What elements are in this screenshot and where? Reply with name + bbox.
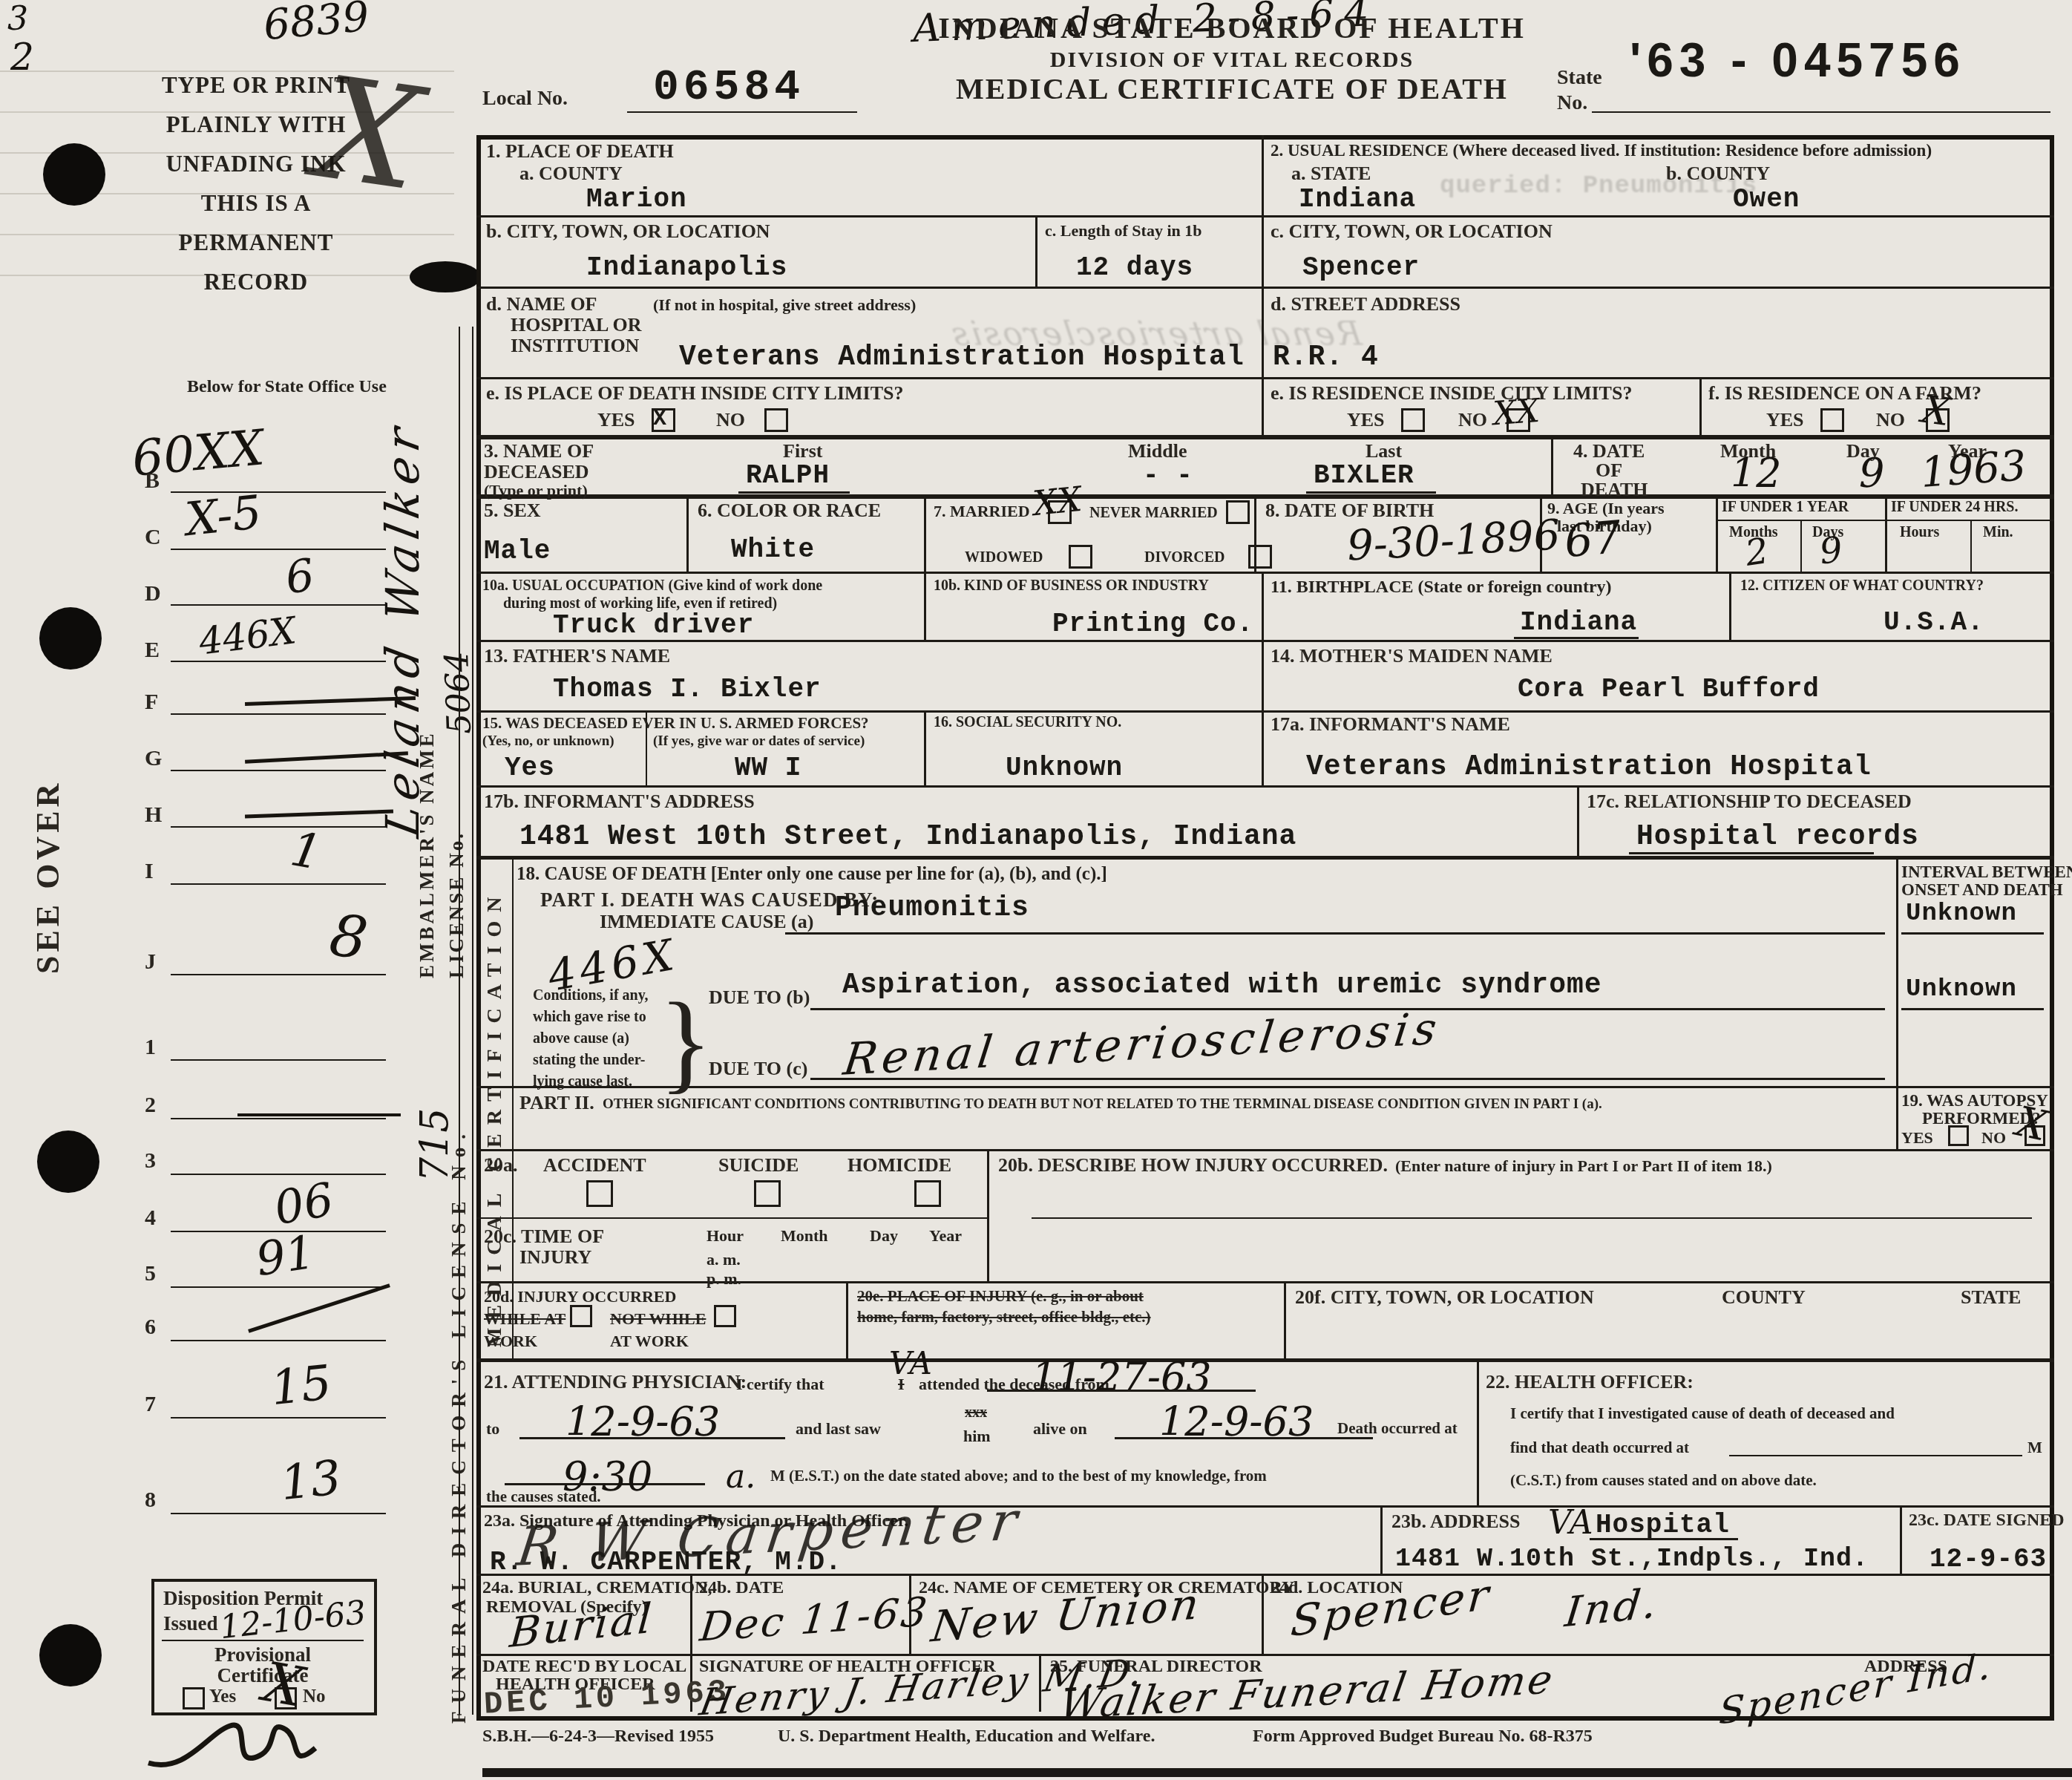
s3-label-2: DECEASED — [484, 462, 589, 482]
s20b-note: (Enter nature of injury in Part I or Par… — [1395, 1156, 1772, 1176]
s10b-label: 10b. KIND OF BUSINESS OR INDUSTRY — [934, 577, 1209, 595]
local-no-label: Local No. — [482, 88, 568, 109]
row-label-7: 7 — [145, 1393, 156, 1416]
s22-text-2m: M — [2027, 1439, 2042, 1457]
s3-middle-header: Middle — [1128, 441, 1187, 461]
row-line — [171, 549, 386, 550]
s17a-value: Veterans Administration Hospital — [1306, 751, 1872, 783]
s18-interval-header-2: ONSET AND DEATH — [1901, 880, 2063, 900]
s1d-label-2: HOSPITAL OR — [511, 315, 642, 335]
row-line — [171, 1059, 386, 1061]
s20c-pm: p. m. — [706, 1269, 741, 1289]
s2b-label: b. COUNTY — [1666, 163, 1770, 183]
underline — [1306, 491, 1436, 494]
row-line — [171, 1286, 386, 1288]
scan-edge-band — [482, 1768, 2072, 1777]
s23c-label: 23c. DATE SIGNED — [1909, 1511, 2065, 1530]
s17b-label: 17b. INFORMANT'S ADDRESS — [484, 791, 755, 811]
s20c-label-1: 20c. TIME OF — [484, 1226, 604, 1246]
s1d-label-1: d. NAME OF — [486, 294, 597, 314]
s20c-month-header: Month — [781, 1226, 828, 1246]
divider — [924, 494, 926, 572]
s18-cond-1: Conditions, if any, — [533, 987, 649, 1004]
s1e-label: e. IS PLACE OF DEATH INSIDE CITY LIMITS? — [486, 383, 903, 403]
underline — [1590, 1538, 1738, 1540]
divider — [1729, 572, 1731, 640]
s7-never-checkbox — [1226, 500, 1250, 524]
underline — [1514, 637, 1639, 639]
s3-label-3: (Type or print) — [484, 481, 588, 500]
s20d-label: 20d. INJURY OCCURRED — [484, 1287, 676, 1306]
disposition-issued-label: Issued — [163, 1613, 218, 1634]
row-line — [171, 1513, 386, 1514]
punch-hole — [39, 607, 102, 670]
s1e-yes-label: YES — [597, 410, 635, 430]
footer-department: U. S. Department Health, Education and W… — [778, 1727, 1155, 1747]
s4-day-value: 9 — [1859, 450, 1884, 497]
s20f-county-label: COUNTY — [1722, 1287, 1806, 1307]
s4-label-3: DEATH — [1581, 480, 1648, 500]
s2e-yes-checkbox — [1401, 408, 1425, 432]
divider — [686, 494, 689, 572]
divider — [1551, 435, 1553, 494]
s4-label-1: 4. DATE — [1573, 441, 1645, 461]
divider — [1896, 860, 1898, 1149]
s1a-label: a. COUNTY — [519, 163, 623, 183]
s7-married-mark: XX — [1031, 479, 1083, 524]
divider — [1262, 572, 1264, 640]
divider — [1885, 494, 1887, 572]
footer-form-number: S.B.H.—6-24-3—Revised 1955 — [482, 1727, 714, 1747]
row-value-I: 1 — [286, 822, 326, 881]
s20a-accident-checkbox — [586, 1180, 613, 1207]
divider — [512, 860, 514, 1358]
s15-label-1: 15. WAS DECEASED EVER IN U. S. ARMED FOR… — [482, 714, 869, 733]
s23a-signature-typed: R. W. CARPENTER, M.D. — [490, 1547, 842, 1577]
s7-widowed-checkbox — [1069, 545, 1092, 569]
s2a-value: Indiana — [1299, 184, 1416, 215]
divider — [476, 785, 2054, 788]
s18-cond-3: above cause (a) — [533, 1030, 629, 1047]
s21-ampm: a. — [726, 1458, 755, 1496]
s2c-label: c. CITY, TOWN, OR LOCATION — [1271, 221, 1553, 241]
row-label-J: J — [145, 950, 156, 974]
s23b-value-1: Hospital — [1596, 1510, 1730, 1540]
s7-widowed-label: WIDOWED — [965, 549, 1043, 566]
s10a-value: Truck driver — [553, 610, 754, 641]
s16-label: 16. SOCIAL SECURITY NO. — [934, 714, 1121, 731]
row-value-D: 6 — [282, 549, 318, 605]
s9-value: 67 — [1562, 511, 1623, 568]
disposition-permit-box: Disposition Permit Issued 12-10-63 Provi… — [151, 1579, 377, 1715]
underline — [1115, 1437, 1373, 1439]
answer-line-20b — [1032, 1217, 2032, 1219]
row-value-J: 8 — [326, 902, 372, 973]
s20a-accident-label: ACCIDENT — [543, 1155, 646, 1175]
death-certificate-scan: 3 2 6839 TYPE OR PRINT PLAINLY WITH UNFA… — [0, 0, 2072, 1780]
s2c-value: Spencer — [1302, 252, 1420, 283]
divider — [1716, 494, 1718, 572]
row-label-F: F — [145, 690, 158, 714]
margin-rule — [472, 327, 473, 1715]
disposition-certificate: Certificate — [154, 1665, 371, 1686]
s18-cond-4: stating the under- — [533, 1052, 645, 1069]
ink-scrawl — [141, 1704, 349, 1778]
s21-saw-label: and last saw — [796, 1419, 881, 1439]
divider — [476, 215, 2054, 217]
s18-part1: PART I. DEATH WAS CAUSED BY: — [540, 889, 879, 910]
s17c-label: 17c. RELATIONSHIP TO DECEASED — [1587, 791, 1912, 811]
s4-year-value: 1963 — [1919, 442, 2028, 497]
s6-label: 6. COLOR OR RACE — [698, 500, 881, 520]
s18-part2-label: PART II. — [519, 1093, 594, 1113]
s9-min-header: Min. — [1983, 524, 2013, 541]
s2e-no-mark: XX — [1492, 392, 1541, 433]
s2e-no-label: NO — [1458, 410, 1487, 430]
s2a-label: a. STATE — [1291, 163, 1371, 183]
s20d-atwork-label: AT WORK — [610, 1332, 689, 1351]
s18-brace: } — [659, 978, 712, 1106]
s7-married-label: 7. MARRIED — [934, 502, 1030, 521]
divider — [476, 1149, 2054, 1151]
line — [627, 111, 857, 113]
row-label-I: I — [145, 860, 154, 883]
s3-first-header: First — [783, 441, 822, 461]
s19-yes-label: YES — [1901, 1128, 1933, 1148]
stamp-line: RECORD — [111, 262, 401, 301]
divider — [1262, 710, 1264, 785]
s24d-value-2: Ind. — [1562, 1580, 1661, 1637]
s18-header: 18. CAUSE OF DEATH [Enter only one cause… — [517, 864, 1107, 885]
s20a-suicide-label: SUICIDE — [718, 1155, 799, 1175]
s2d-label: d. STREET ADDRESS — [1271, 294, 1460, 314]
s3-last-value: BIXLER — [1314, 460, 1414, 491]
s21-cert-1: I certify that — [736, 1375, 824, 1394]
divider — [1477, 1358, 1479, 1505]
s7-divorced-label: DIVORCED — [1144, 549, 1225, 566]
divider — [1900, 1505, 1902, 1574]
row-label-8: 8 — [145, 1488, 156, 1512]
s14-label: 14. MOTHER'S MAIDEN NAME — [1271, 646, 1553, 666]
row-line — [171, 826, 386, 828]
underline — [785, 932, 1885, 935]
s20e-label-1: 20e. PLACE OF INJURY (e. g., in or about — [857, 1287, 1144, 1306]
funeral-director-license-value: 715 — [413, 1108, 457, 1182]
s7-never-label: NEVER MARRIED — [1089, 505, 1218, 522]
divider — [476, 287, 2054, 289]
row-label-1: 1 — [145, 1035, 156, 1059]
s1-title: 1. PLACE OF DEATH — [486, 141, 674, 161]
row-line — [171, 1340, 386, 1341]
s20d-while-checkbox — [570, 1305, 592, 1327]
s3-last-header: Last — [1366, 441, 1402, 461]
s1e-no-checkbox — [764, 408, 788, 432]
s7-divorced-checkbox — [1248, 545, 1272, 569]
divider — [1970, 520, 1972, 572]
s5-value: Male — [484, 536, 551, 566]
s17a-label: 17a. INFORMANT'S NAME — [1271, 714, 1510, 734]
s2f-yes-checkbox — [1820, 408, 1844, 432]
underline — [1729, 1455, 2022, 1456]
row-value-E: 446X — [197, 609, 298, 664]
s21-to-label: to — [486, 1419, 499, 1439]
s15-value-1: Yes — [505, 753, 555, 783]
s22-text-1: I certify that I investigated cause of d… — [1510, 1404, 1895, 1423]
ink-stroke — [237, 1113, 401, 1116]
s20d-notwhile-label: NOT WHILE — [610, 1309, 706, 1329]
header-division: DIVISION OF VITAL RECORDS — [861, 48, 1603, 73]
medical-certification-label: MEDICAL CERTIFICATION — [484, 889, 505, 1347]
state-no-label-1: State — [1557, 67, 1602, 88]
divider — [1035, 215, 1037, 287]
row-value-5: 91 — [252, 1225, 318, 1286]
row-line — [171, 1174, 386, 1175]
row-label-5: 5 — [145, 1262, 156, 1286]
s3-first-value: RALPH — [746, 460, 830, 491]
row-value-C: X-5 — [183, 485, 263, 546]
divider — [476, 572, 2054, 574]
s20a-number: 20a. — [484, 1155, 518, 1175]
row-label-E: E — [145, 638, 160, 662]
s18-cause-b-value: Aspiration, associated with uremic syndr… — [842, 969, 1602, 1001]
state-no-label-2: No. — [1557, 92, 1587, 114]
row-line — [171, 713, 386, 715]
s4-month-value: 12 — [1731, 450, 1782, 497]
row-label-H: H — [145, 803, 162, 827]
s20a-suicide-checkbox — [754, 1180, 781, 1207]
s2-title: 2. USUAL RESIDENCE (Where deceased lived… — [1271, 141, 1932, 160]
row-line — [171, 883, 386, 885]
divider — [846, 1281, 848, 1358]
s21-title: 21. ATTENDING PHYSICIAN: — [484, 1372, 747, 1392]
ink-stroke — [248, 1283, 390, 1333]
s19-no-label: NO — [1981, 1128, 2006, 1148]
s17b-value: 1481 West 10th Street, Indianapolis, Ind… — [519, 821, 1296, 853]
s2f-no-label: NO — [1876, 410, 1905, 430]
stamp-line: PERMANENT — [111, 223, 401, 262]
s20d-work-label: WORK — [484, 1332, 537, 1351]
s24b-label: 24b. DATE — [699, 1578, 784, 1598]
s1b-value: Indianapolis — [586, 252, 787, 283]
row-value-7: 15 — [268, 1355, 334, 1416]
s9-under1yr-header: IF UNDER 1 YEAR — [1722, 499, 1849, 516]
s20c-year-header: Year — [929, 1226, 962, 1246]
divider — [476, 377, 2054, 379]
divider — [1262, 640, 1264, 710]
s4-label-2: OF — [1596, 460, 1622, 480]
s22-text-2: find that death occurred at — [1510, 1439, 1689, 1457]
embalmer-name-label: EMBALMER'S NAME — [416, 730, 439, 978]
s20c-am: a. m. — [706, 1250, 741, 1269]
s21-alive-label: alive on — [1033, 1419, 1087, 1439]
s20a-homicide-checkbox — [914, 1180, 941, 1207]
divider — [476, 1358, 2054, 1362]
s21-from-value: 11-27-63 — [1032, 1354, 1212, 1401]
row-label-2: 2 — [145, 1093, 156, 1117]
s1d-note: (If not in hospital, give street address… — [653, 295, 916, 315]
s21-pronoun: him — [963, 1427, 991, 1446]
s18-immediate-label: IMMEDIATE CAUSE (a) — [600, 912, 813, 932]
s24a-label-1: 24a. BURIAL, CREMATION, — [482, 1578, 712, 1598]
s21-rest: M (E.S.T.) on the date stated above; and… — [770, 1467, 1267, 1485]
s2b-value: Owen — [1733, 184, 1800, 215]
s1e-no-label: NO — [716, 410, 745, 430]
divider — [924, 572, 926, 640]
ink-stroke — [245, 810, 393, 819]
footer-budget-bureau: Form Approved Budget Bureau No. 68-R375 — [1253, 1727, 1593, 1747]
state-office-note: Below for State Office Use — [187, 377, 387, 397]
divider — [1284, 1281, 1286, 1358]
punch-hole — [43, 143, 105, 206]
divider — [476, 1086, 2054, 1088]
header-board: INDIANA STATE BOARD OF HEALTH — [861, 10, 1603, 45]
divider — [476, 856, 2054, 860]
s20b-label: 20b. DESCRIBE HOW INJURY OCCURRED. — [998, 1155, 1388, 1175]
s21-pronoun-struck: xxx — [965, 1404, 987, 1421]
s20c-day-header: Day — [870, 1226, 898, 1246]
divider — [1699, 377, 1702, 435]
s5-label: 5. SEX — [484, 500, 541, 520]
divider — [476, 1654, 2054, 1656]
row-label-B: B — [145, 469, 160, 493]
s21-cert-i: I — [898, 1375, 905, 1394]
corner-mark-2: 2 — [10, 36, 34, 79]
s16-value: Unknown — [1006, 753, 1123, 783]
s15-value-2: WW I — [735, 753, 801, 783]
s18-interval-header-1: INTERVAL BETWEEN — [1901, 863, 2072, 882]
s18-interval-a-value: Unknown — [1906, 900, 2017, 928]
s21-rest-2: the causes stated. — [486, 1488, 601, 1506]
row-line — [171, 974, 386, 975]
underline — [1901, 1008, 2044, 1010]
batch-number: 6839 — [261, 0, 371, 50]
underline — [738, 491, 850, 494]
row-label-C: C — [145, 526, 161, 549]
divider — [476, 1217, 987, 1219]
s20d-while-label: WHILE AT — [484, 1309, 565, 1329]
see-over-label: SEE OVER — [31, 780, 65, 974]
underline — [1901, 932, 2044, 935]
s22-title: 22. HEALTH OFFICER: — [1486, 1372, 1694, 1392]
s3-label-1: 3. NAME OF — [484, 441, 594, 461]
s13-label: 13. FATHER'S NAME — [484, 646, 670, 666]
corner-mark-1: 3 — [7, 0, 28, 38]
divider — [1800, 520, 1802, 572]
s18-part2-text: OTHER SIGNIFICANT CONDITIONS CONTRIBUTIN… — [603, 1096, 1602, 1113]
s14-value: Cora Pearl Bufford — [1518, 674, 1820, 704]
s20c-hour-header: Hour — [706, 1226, 744, 1246]
s20e-label-2: home, farm, factory, street, office bldg… — [857, 1308, 1151, 1326]
punch-hole — [39, 1624, 102, 1686]
s23b-label: 23b. ADDRESS — [1391, 1511, 1520, 1531]
s1d-label-3: INSTITUTION — [511, 336, 639, 356]
s13-value: Thomas I. Bixler — [553, 674, 822, 704]
state-no-value: '63 - 045756 — [1630, 33, 1966, 88]
s23b-va: VA — [1548, 1504, 1593, 1542]
s15-label-3: (If yes, give war or dates of service) — [653, 733, 865, 750]
s20c-label-2: INJURY — [519, 1247, 591, 1267]
s15-label-2: (Yes, no, or unknown) — [482, 733, 614, 750]
s1c-label: c. Length of Stay in 1b — [1045, 221, 1201, 241]
row-line — [171, 770, 386, 771]
divider — [476, 710, 2054, 713]
s20d-notwhile-checkbox — [714, 1305, 736, 1327]
s17c-value: Hospital records — [1636, 821, 1919, 853]
underline — [519, 1437, 785, 1439]
row-line — [171, 604, 386, 606]
s23b-value-2: 1481 W.10th St.,Indpls., Ind. — [1395, 1544, 1869, 1574]
s2e-yes-label: YES — [1347, 410, 1385, 430]
underline — [1629, 852, 1874, 854]
s10a-label-1: 10a. USUAL OCCUPATION (Give kind of work… — [482, 577, 822, 595]
margin-rule — [459, 327, 460, 1715]
row-line — [171, 1118, 386, 1119]
underline — [810, 1078, 1885, 1080]
s9-under24-header: IF UNDER 24 HRS. — [1891, 499, 2019, 516]
s6-value: White — [731, 534, 815, 565]
local-no-value: 06584 — [653, 64, 804, 112]
embalmer-license-label: LICENSE No. — [445, 831, 468, 978]
s19-yes-checkbox — [1948, 1125, 1969, 1146]
s12-label: 12. CITIZEN OF WHAT COUNTRY? — [1740, 577, 1984, 595]
row-value-8: 13 — [278, 1450, 344, 1511]
s18-interval-b-value: Unknown — [1906, 975, 2017, 1004]
s1b-label: b. CITY, TOWN, OR LOCATION — [486, 221, 770, 241]
s11-value: Indiana — [1520, 607, 1637, 638]
disposition-provisional: Provisional — [154, 1644, 371, 1665]
divider — [1262, 135, 1264, 435]
divider — [987, 1149, 989, 1281]
s22-text-3: (C.S.T.) from causes stated and on above… — [1510, 1471, 1817, 1490]
s9-days-value: 9 — [1817, 529, 1844, 573]
row-label-6: 6 — [145, 1315, 156, 1339]
underline — [987, 1390, 1256, 1392]
s1d-value: Veterans Administration Hospital — [679, 341, 1245, 373]
s20f-city-label: 20f. CITY, TOWN, OR LOCATION — [1295, 1287, 1594, 1307]
s20f-state-label: STATE — [1961, 1287, 2021, 1307]
header-title: MEDICAL CERTIFICATE OF DEATH — [861, 71, 1603, 106]
divider — [1577, 785, 1579, 856]
row-label-4: 4 — [145, 1206, 156, 1230]
divider — [476, 435, 2054, 439]
row-label-G: G — [145, 747, 162, 770]
s8-label: 8. DATE OF BIRTH — [1265, 500, 1434, 520]
row-line — [171, 1417, 386, 1419]
s21-death-at: Death occurred at — [1337, 1419, 1458, 1438]
s18-cause-a-value: Pneumonitis — [835, 892, 1029, 924]
ink-x-mark: X — [308, 46, 430, 223]
line — [1592, 111, 2050, 113]
s12-value: U.S.A. — [1884, 607, 1984, 638]
s1c-value: 12 days — [1076, 252, 1193, 283]
s18-due-c-label: DUE TO (c) — [709, 1058, 807, 1079]
s18-cond-2: which gave rise to — [533, 1009, 646, 1026]
s1a-value: Marion — [586, 184, 687, 215]
divider — [1380, 1505, 1383, 1574]
s1e-yes-mark: X — [653, 407, 667, 432]
s11-label: 11. BIRTHPLACE (State or foreign country… — [1271, 577, 1612, 598]
ink-blot — [410, 261, 481, 292]
s23c-value: 12-9-63 — [1930, 1544, 2047, 1574]
s20a-homicide-label: HOMICIDE — [848, 1155, 951, 1175]
row-label-D: D — [145, 582, 161, 606]
s2f-yes-label: YES — [1766, 410, 1804, 430]
s2d-value: R.R. 4 — [1273, 341, 1379, 373]
divider — [924, 710, 926, 785]
s18-cond-5: lying cause last. — [533, 1073, 632, 1090]
row-label-3: 3 — [145, 1149, 156, 1173]
s3-middle-value: - - — [1143, 460, 1193, 491]
